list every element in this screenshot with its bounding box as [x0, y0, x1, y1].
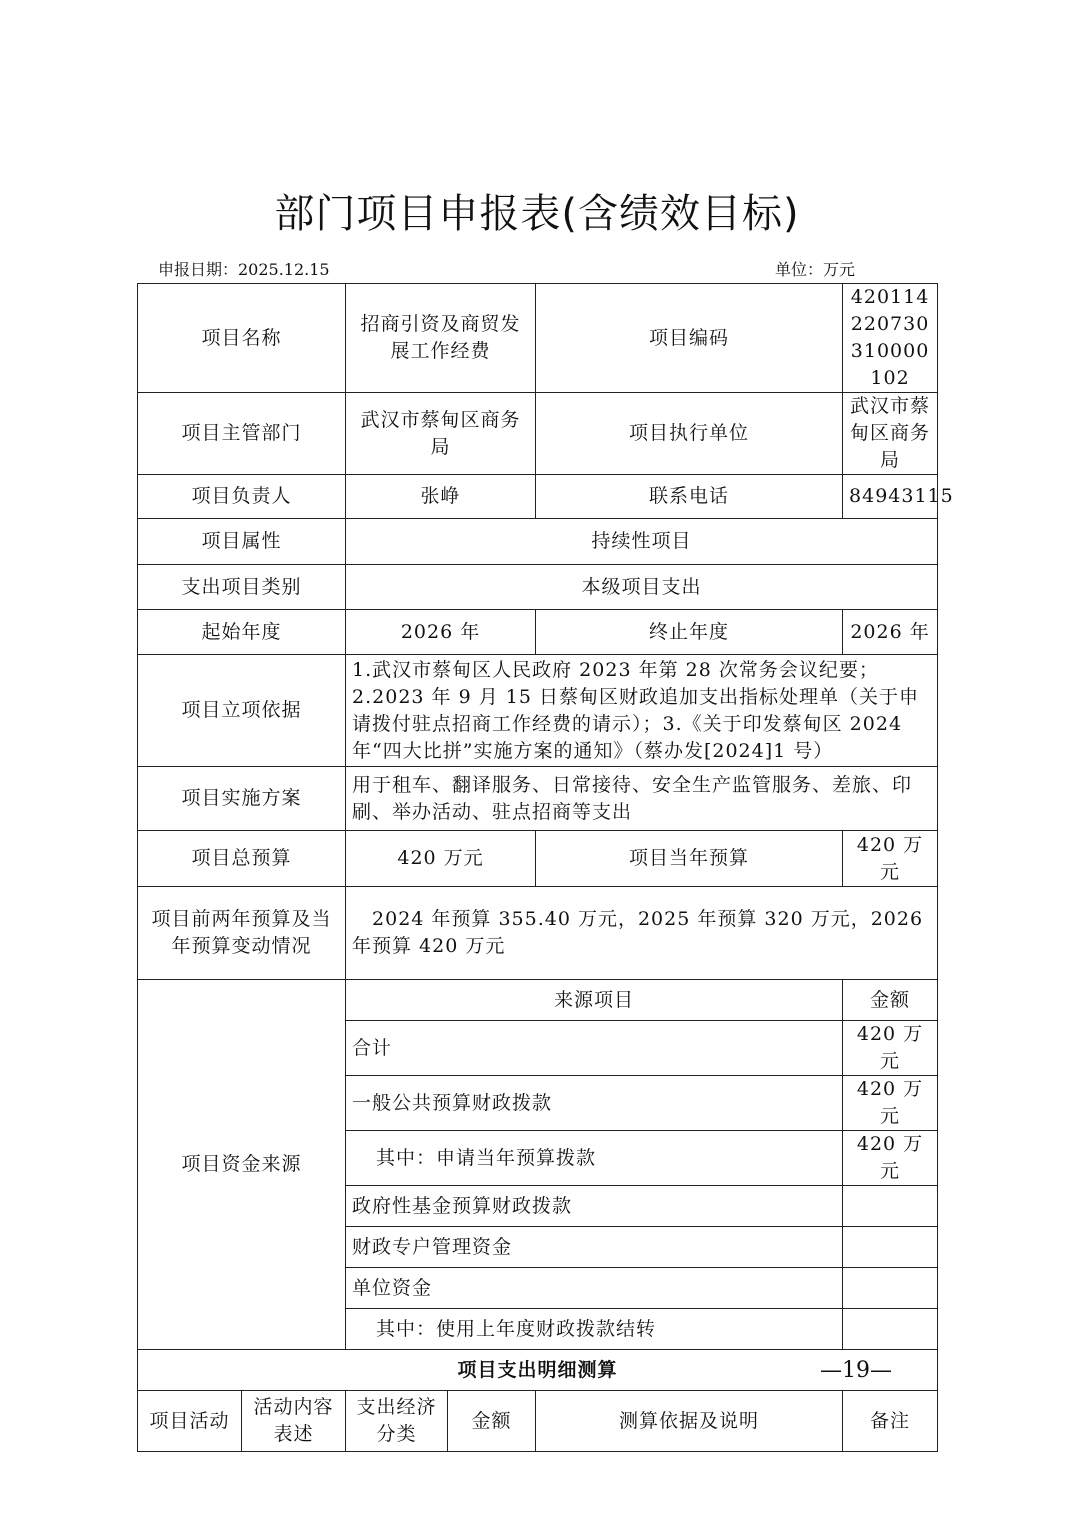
table-row: 项目负责人 张峥 联系电话 84943115 [138, 475, 938, 519]
funding-col-amount: 金额 [843, 980, 938, 1021]
unit-label: 单位：万元 [775, 257, 855, 280]
expense-header: 支出经济分类 [346, 1391, 448, 1452]
funding-amount [843, 1227, 938, 1268]
end-year-label: 终止年度 [536, 610, 843, 655]
table-row: 项目支出明细测算 [138, 1350, 938, 1391]
project-name-label: 项目名称 [138, 284, 346, 393]
table-row: 项目资金来源 来源项目 金额 [138, 980, 938, 1021]
expense-header: 测算依据及说明 [536, 1391, 843, 1452]
executing-unit-label: 项目执行单位 [536, 393, 843, 475]
table-row: 项目活动 活动内容表述 支出经济分类 金额 测算依据及说明 备注 [138, 1391, 938, 1452]
end-year-value: 2026 年 [843, 610, 938, 655]
leader-value: 张峥 [346, 475, 536, 519]
basis-label: 项目立项依据 [138, 655, 346, 767]
leader-label: 项目负责人 [138, 475, 346, 519]
expense-header: 备注 [843, 1391, 938, 1452]
funding-amount: 420 万元 [843, 1076, 938, 1131]
total-budget-value: 420 万元 [346, 831, 536, 887]
plan-label: 项目实施方案 [138, 767, 346, 831]
funding-source: 合计 [346, 1021, 843, 1076]
funding-amount [843, 1309, 938, 1350]
category-value: 本级项目支出 [346, 565, 938, 610]
current-budget-label: 项目当年预算 [536, 831, 843, 887]
report-date: 申报日期：2025.12.15 [158, 257, 330, 280]
funding-source: 一般公共预算财政拨款 [346, 1076, 843, 1131]
budget-change-label: 项目前两年预算及当年预算变动情况 [138, 887, 346, 980]
project-code-label: 项目编码 [536, 284, 843, 393]
start-year-value: 2026 年 [346, 610, 536, 655]
total-budget-label: 项目总预算 [138, 831, 346, 887]
funding-amount: 420 万元 [843, 1021, 938, 1076]
expense-header: 金额 [448, 1391, 536, 1452]
page-number: —19— [820, 1358, 892, 1383]
funding-source: 政府性基金预算财政拨款 [346, 1186, 843, 1227]
funding-source: 其中：申请当年预算拨款 [346, 1131, 843, 1186]
funding-amount [843, 1268, 938, 1309]
supervisor-dept-value: 武汉市蔡甸区商务局 [346, 393, 536, 475]
executing-unit-value: 武汉市蔡甸区商务局 [843, 393, 938, 475]
funding-source: 财政专户管理资金 [346, 1227, 843, 1268]
expense-header: 项目活动 [138, 1391, 242, 1452]
table-row: 支出项目类别 本级项目支出 [138, 565, 938, 610]
category-label: 支出项目类别 [138, 565, 346, 610]
table-row: 项目主管部门 武汉市蔡甸区商务局 项目执行单位 武汉市蔡甸区商务局 [138, 393, 938, 475]
attribute-label: 项目属性 [138, 519, 346, 565]
funding-label: 项目资金来源 [138, 980, 346, 1350]
funding-source: 单位资金 [346, 1268, 843, 1309]
attribute-value: 持续性项目 [346, 519, 938, 565]
table-row: 项目名称 招商引资及商贸发展工作经费 项目编码 4201142207303100… [138, 284, 938, 393]
phone-label: 联系电话 [536, 475, 843, 519]
table-row: 项目前两年预算及当年预算变动情况 2024 年预算 355.40 万元，2025… [138, 887, 938, 980]
plan-value: 用于租车、翻译服务、日常接待、安全生产监管服务、差旅、印刷、举办活动、驻点招商等… [346, 767, 938, 831]
table-row: 起始年度 2026 年 终止年度 2026 年 [138, 610, 938, 655]
table-row: 项目总预算 420 万元 项目当年预算 420 万元 [138, 831, 938, 887]
project-name-value: 招商引资及商贸发展工作经费 [346, 284, 536, 393]
project-form-table: 项目名称 招商引资及商贸发展工作经费 项目编码 4201142207303100… [137, 283, 938, 1452]
expense-detail-title: 项目支出明细测算 [138, 1350, 938, 1391]
page-title: 部门项目申报表(含绩效目标) [0, 182, 1074, 239]
current-budget-value: 420 万元 [843, 831, 938, 887]
budget-change-value: 2024 年预算 355.40 万元，2025 年预算 320 万元，2026 … [346, 887, 938, 980]
expense-header: 活动内容表述 [242, 1391, 346, 1452]
funding-col-source: 来源项目 [346, 980, 843, 1021]
funding-amount [843, 1186, 938, 1227]
supervisor-dept-label: 项目主管部门 [138, 393, 346, 475]
table-row: 项目实施方案 用于租车、翻译服务、日常接待、安全生产监管服务、差旅、印刷、举办活… [138, 767, 938, 831]
basis-value: 1.武汉市蔡甸区人民政府 2023 年第 28 次常务会议纪要；2.2023 年… [346, 655, 938, 767]
phone-value: 84943115 [843, 475, 938, 519]
project-code-value: 420114220730310000102 [843, 284, 938, 393]
table-row: 项目属性 持续性项目 [138, 519, 938, 565]
funding-source: 其中：使用上年度财政拨款结转 [346, 1309, 843, 1350]
start-year-label: 起始年度 [138, 610, 346, 655]
funding-amount: 420 万元 [843, 1131, 938, 1186]
table-row: 项目立项依据 1.武汉市蔡甸区人民政府 2023 年第 28 次常务会议纪要；2… [138, 655, 938, 767]
